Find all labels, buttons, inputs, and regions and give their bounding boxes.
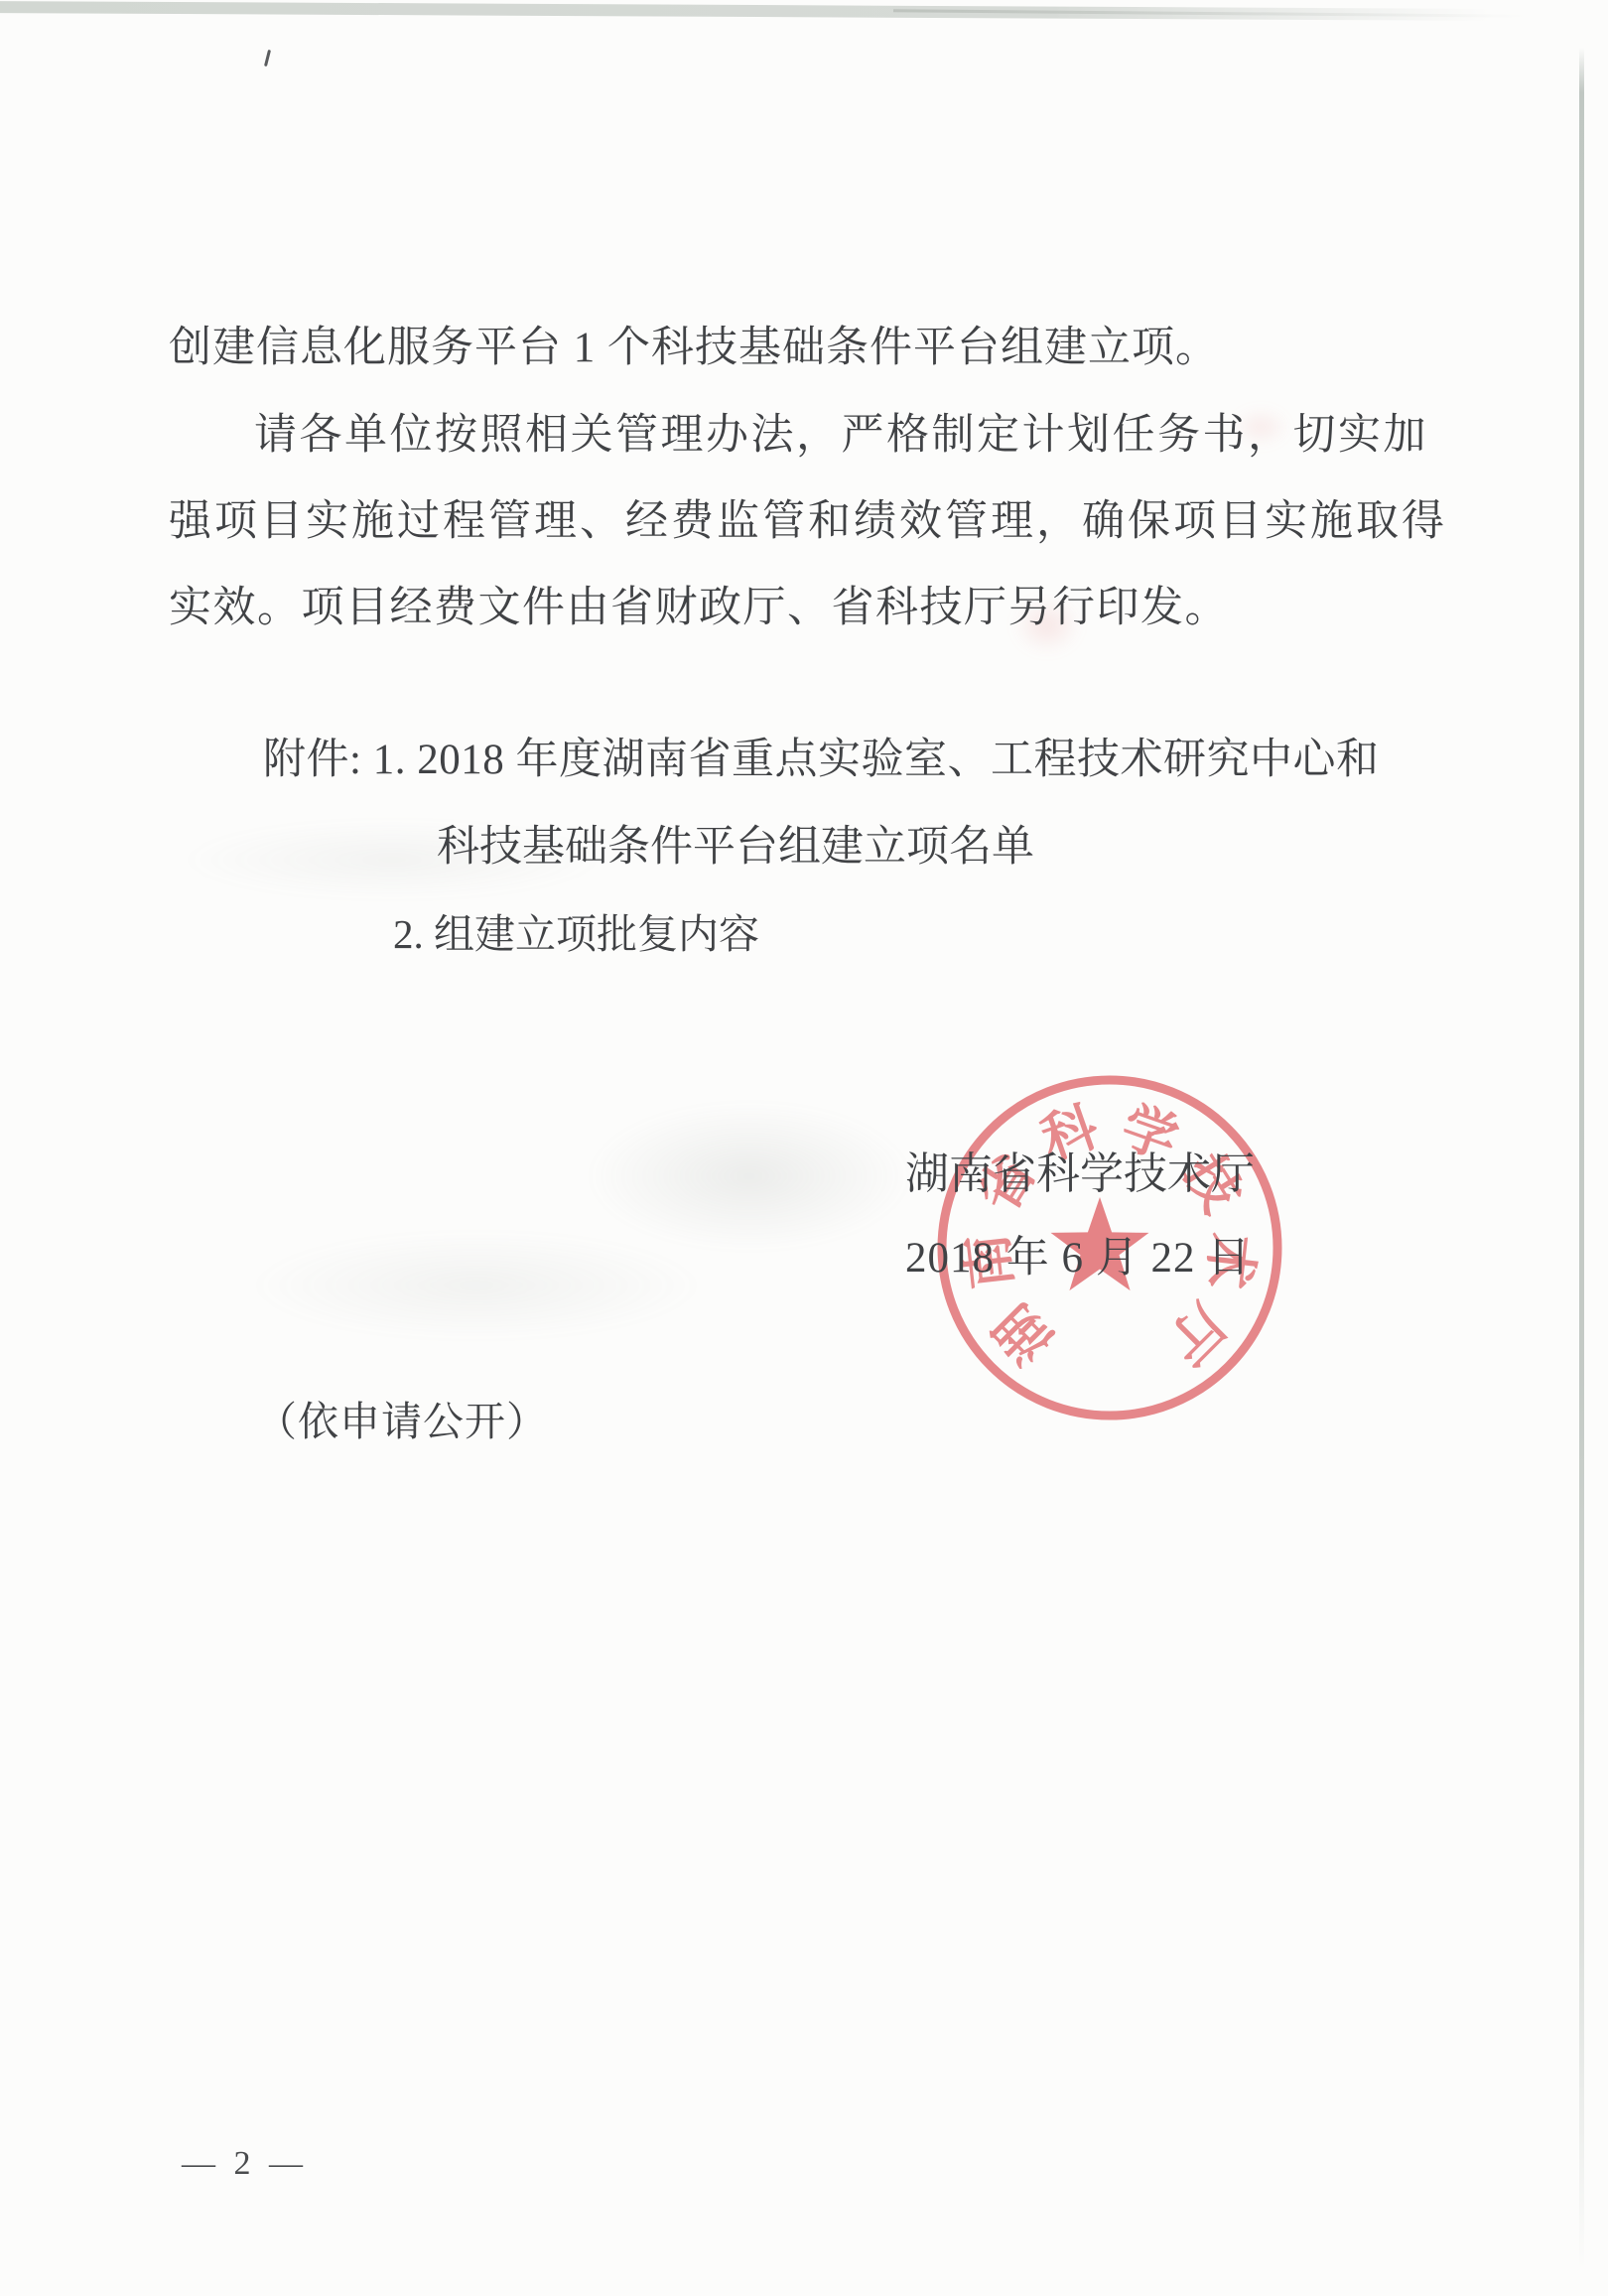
attachment-line-2: 科技基础条件平台组建立项名单 xyxy=(437,823,1034,874)
scan-artifact-right-edge-line xyxy=(1579,48,1584,2271)
attachment-line-1: 附件: 1. 2018 年度湖南省重点实验室、工程技术研究中心和 xyxy=(263,736,1379,786)
body-line-1: 创建信息化服务平台 1 个科技基础条件平台组建立项。 xyxy=(169,324,1219,374)
body-line-2: 请各单位按照相关管理办法，严格制定计划任务书，切实加 xyxy=(254,411,1428,462)
scan-smudge xyxy=(248,1231,705,1340)
signature-date: 2018 年 6 月 22 日 xyxy=(905,1234,1251,1284)
svg-text:湖: 湖 xyxy=(984,1292,1065,1374)
signature-organization: 湖南省科学技术厅 xyxy=(905,1148,1255,1200)
disclosure-note: （依申请公开） xyxy=(256,1398,548,1445)
page-number: — 2 — xyxy=(182,2144,308,2184)
scan-smudge xyxy=(586,1102,913,1251)
body-line-4: 实效。项目经费文件由省财政厅、省科技厅另行印发。 xyxy=(169,584,1229,634)
attachment-line-3: 2. 组建立项批复内容 xyxy=(393,910,759,958)
body-line-3: 强项目实施过程管理、经费监管和绩效管理，确保项目实施取得 xyxy=(169,497,1447,548)
svg-text:厅: 厅 xyxy=(1154,1292,1236,1374)
document-page: 湖 南 省 科 学 技 术 厅 创建信息化服务平台 1 个科技基础条件平台组建立… xyxy=(0,0,1608,2296)
scan-artifact-pen-tick xyxy=(264,50,271,67)
scan-artifact-top-band xyxy=(0,1,1507,21)
